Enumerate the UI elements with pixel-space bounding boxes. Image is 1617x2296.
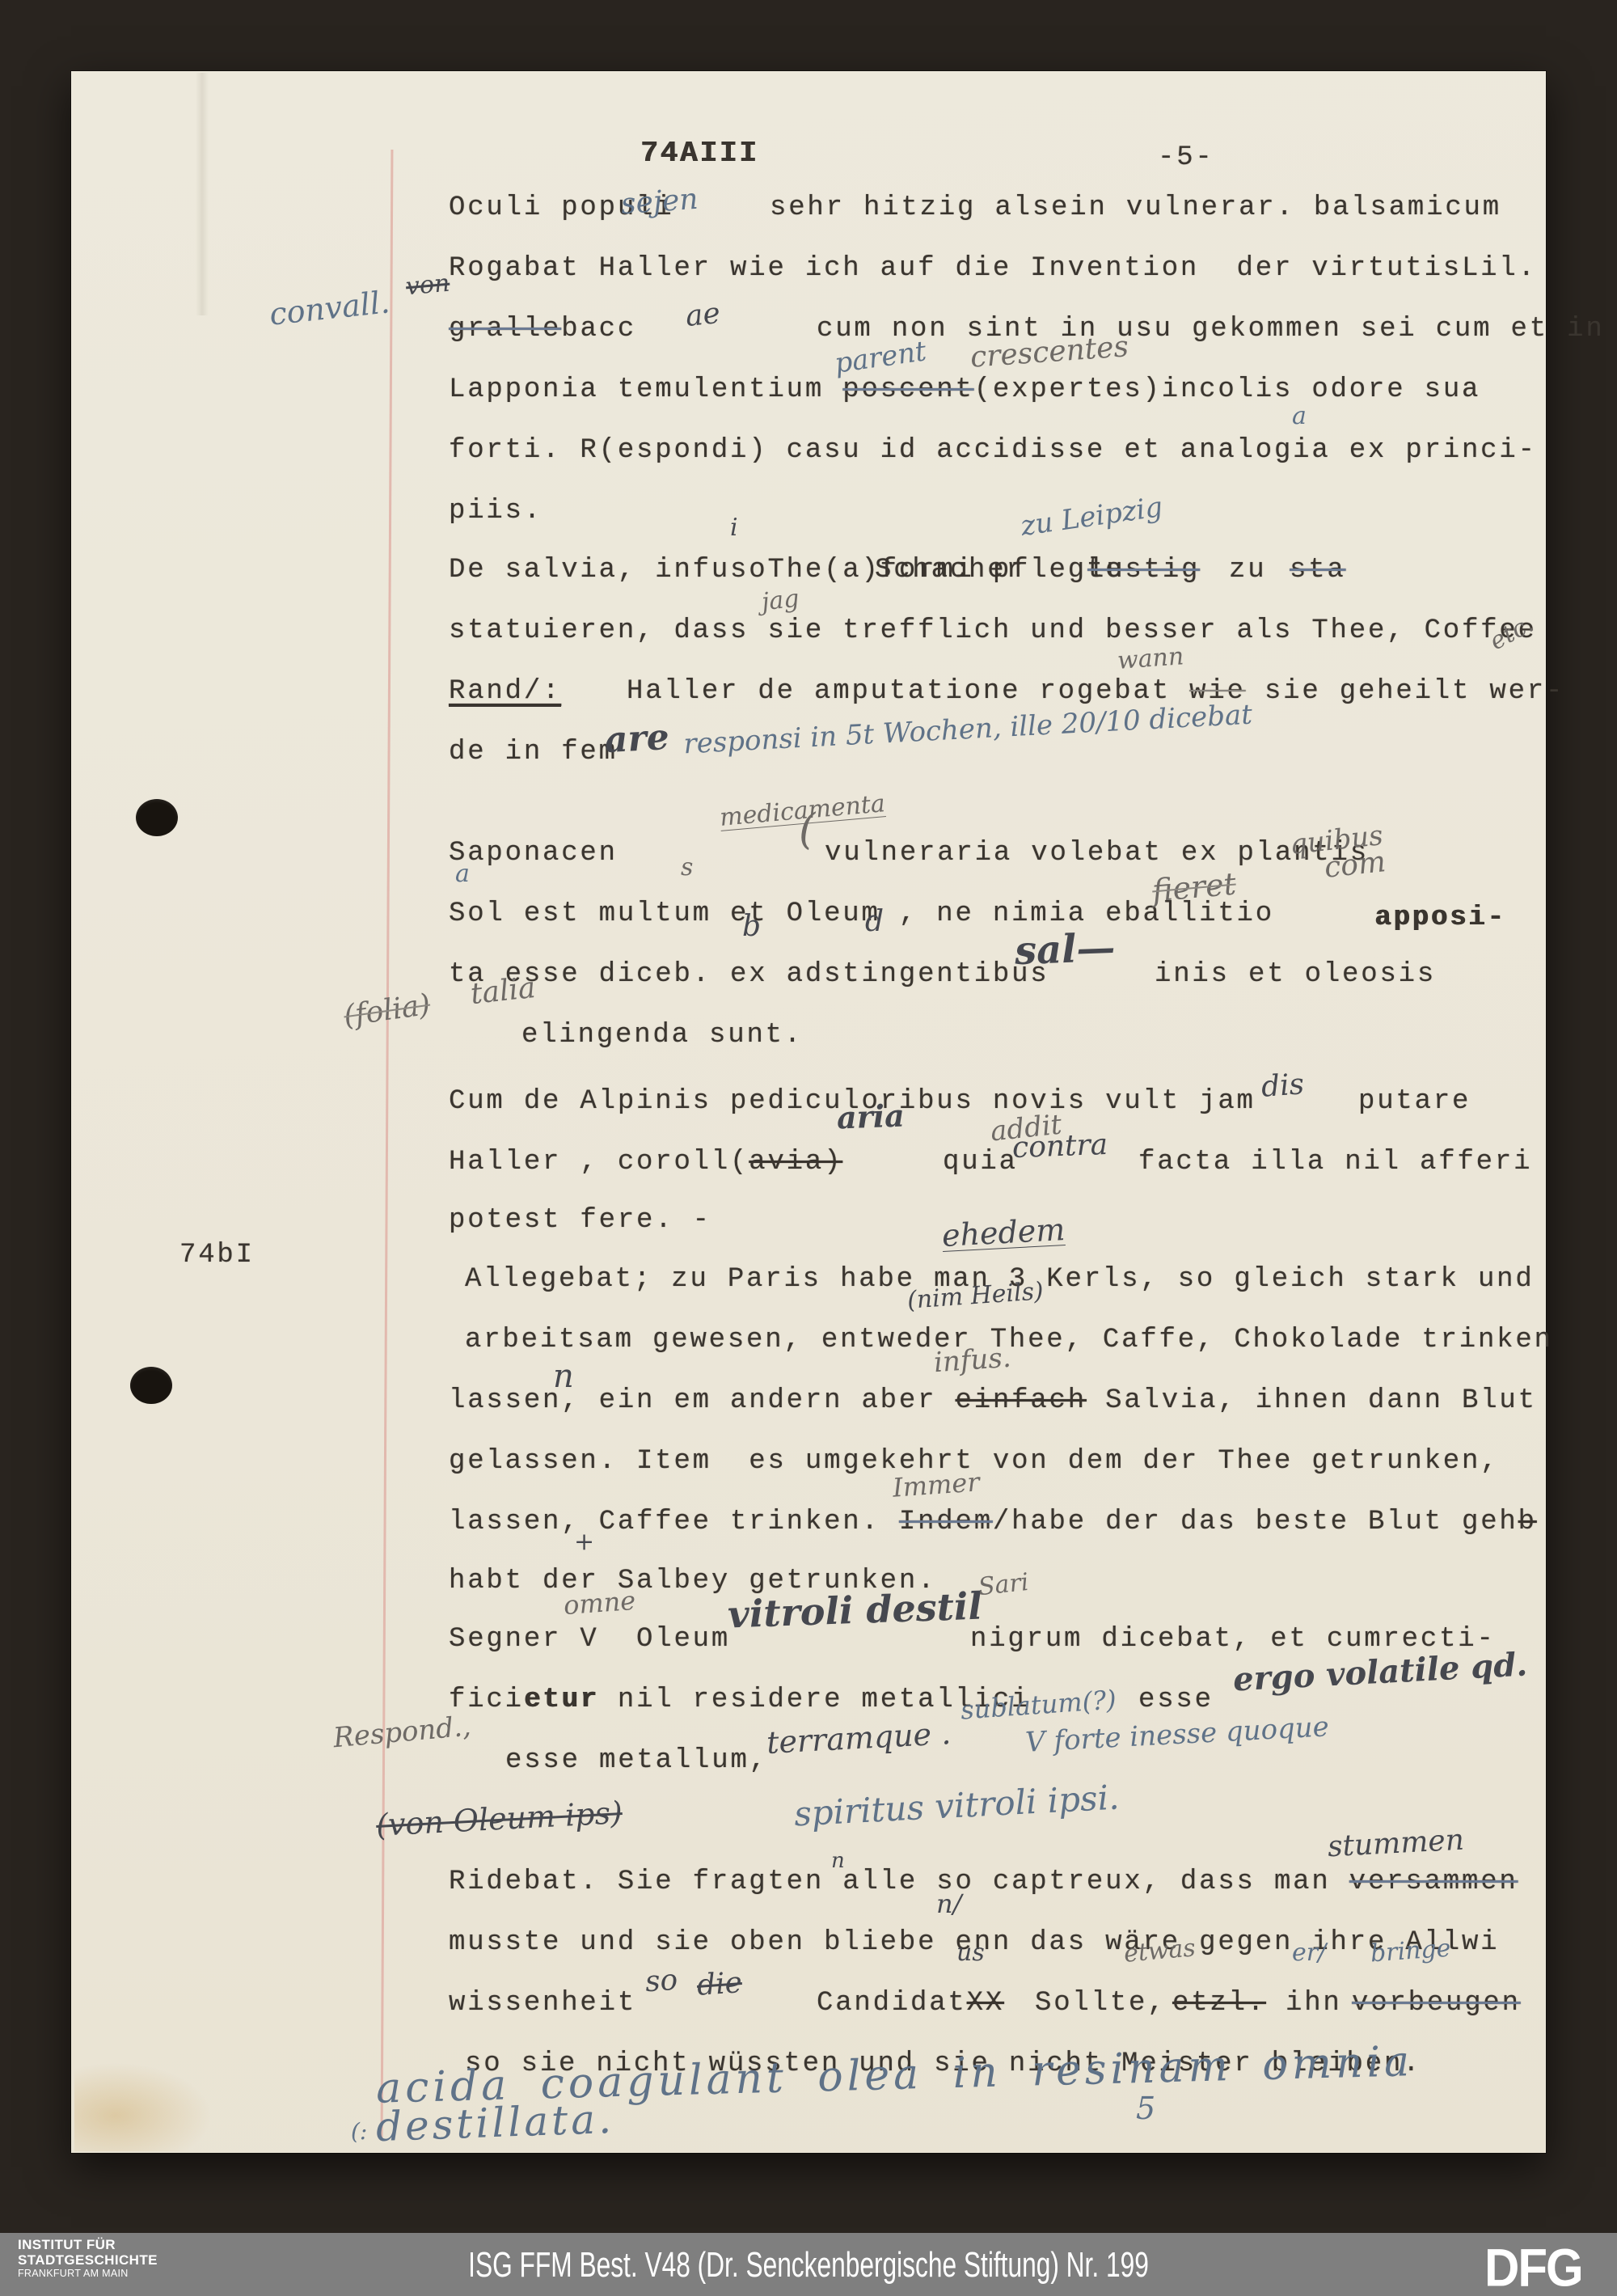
- typed-line: sehr hitzig alsein vulnerar. balsamicum: [770, 194, 1501, 222]
- handwritten-annotation: etwas: [1123, 1936, 1197, 1967]
- dfg-logo: DFG: [1484, 2237, 1582, 2296]
- typed-text: Lapponia temulentium: [449, 374, 842, 405]
- typed-line: elingenda sunt.: [521, 1021, 803, 1049]
- handwritten-correction: sal—: [1014, 928, 1116, 970]
- struck-text: lustig: [1087, 556, 1200, 584]
- typed-line: apposi-: [1374, 904, 1505, 932]
- struck-text: poscent: [842, 374, 973, 405]
- paper-crease: [196, 73, 209, 315]
- handwritten-annotation: Sari: [977, 1571, 1030, 1600]
- typed-line: putare: [1358, 1088, 1471, 1115]
- struck-text: sta: [1290, 556, 1346, 584]
- handwritten-bottom-note: destillata.: [375, 2099, 615, 2147]
- handwritten-insert-mark: n/: [936, 1891, 961, 1917]
- handwritten-correction: i: [730, 516, 738, 540]
- handwritten-correction: b: [742, 912, 761, 941]
- typed-line: lassen, ein em andern aber einfach Salvi…: [449, 1387, 1537, 1414]
- handwritten-correction: n: [553, 1360, 574, 1393]
- institute-line: STADTGESCHICHTE: [18, 2252, 158, 2268]
- typed-text: Haller de amputatione rogebat: [627, 676, 1189, 707]
- overtyped-text: etur: [524, 1685, 599, 1715]
- typed-text: lassen, ein em andern aber: [449, 1385, 956, 1416]
- handwritten-annotation: so: [644, 1966, 679, 1998]
- handwritten-annotation: sejen: [620, 185, 699, 220]
- handwritten-annotation: talia: [469, 974, 537, 1009]
- handwritten-correction: wann: [1117, 645, 1184, 674]
- typed-line: wissenheit: [449, 1989, 636, 2017]
- handwritten-annotation: contra: [1011, 1131, 1108, 1163]
- typed-line: facta illa nil afferi: [1138, 1148, 1532, 1176]
- handwritten-correction: aria: [836, 1101, 905, 1134]
- institute-line: FRANKFURT AM MAIN: [18, 2268, 158, 2279]
- typed-line: Rogabat Haller wie ich auf die Invention…: [449, 255, 1537, 282]
- typed-line: Ridebat. Sie fragten alle so captreux, d…: [449, 1868, 1518, 1896]
- struck-text: versammen: [1349, 1867, 1518, 1897]
- typed-line: piis.: [449, 497, 543, 525]
- typed-line: esse metallum,: [505, 1747, 768, 1774]
- institute-line: INSTITUT FÜR: [18, 2237, 158, 2252]
- typed-text: bacc: [561, 314, 636, 345]
- handwritten-struck-note: von: [405, 272, 451, 300]
- typed-line: Saponacen: [449, 839, 618, 867]
- typed-text: (expertes): [974, 374, 1162, 405]
- punch-hole: [130, 1367, 172, 1404]
- doc-number: 74AIII: [640, 139, 758, 168]
- handwritten-correction: Immer: [892, 1469, 981, 1500]
- handwritten-correction: er/: [1292, 1941, 1326, 1965]
- handwritten-correction: ae: [684, 299, 721, 332]
- typed-line: esse: [1138, 1686, 1214, 1714]
- struck-text: einfach: [956, 1385, 1087, 1416]
- handwritten-mark: 5: [1136, 2093, 1155, 2124]
- typed-line: ficietur nil residere metallici: [449, 1686, 1030, 1714]
- typed-line: zu: [1229, 556, 1266, 584]
- typed-line: cum non sint in usu gekommen sei cum et …: [817, 315, 1605, 343]
- typed-line: CandidatXX: [817, 1989, 1004, 2017]
- handwritten-annotation: omne: [563, 1588, 636, 1618]
- struck-text: gralle: [449, 314, 561, 345]
- typed-line: grallebacc: [449, 315, 636, 343]
- handwritten-mark: (:: [351, 2121, 367, 2143]
- handwritten-annotation: ehedem: [941, 1214, 1066, 1252]
- handwritten-correction: a: [455, 862, 470, 886]
- typed-line: potest fere. -: [449, 1207, 711, 1234]
- handwritten-correction: a: [1292, 404, 1307, 429]
- typed-line: forti. R(espondi) casu id accidisse et a…: [449, 437, 1537, 464]
- typed-line: quia: [943, 1148, 1018, 1176]
- handwritten-annotation: com: [1323, 848, 1387, 883]
- handwritten-correction: stummen: [1327, 1826, 1465, 1863]
- typed-line: Sol est multum et Oleum , ne nimia eball…: [449, 900, 1274, 928]
- typed-text: sie geheilt wer-: [1246, 676, 1564, 707]
- handwritten-correction: d: [865, 907, 884, 937]
- typed-text: /habe der das beste Blut geh: [993, 1507, 1518, 1537]
- typed-line: lassen, Caffee trinken. Indem/habe der d…: [449, 1508, 1537, 1536]
- typed-line: ihn: [1286, 1989, 1342, 2017]
- handwritten-insert-mark: +: [574, 1530, 594, 1554]
- handwritten-annotation: vitroli destil: [727, 1588, 982, 1634]
- typed-text: Salvia, ihnen dann Blut: [1087, 1385, 1537, 1416]
- typed-line: vulneraria volebat ex plantis: [825, 839, 1369, 867]
- page-number: -5-: [1158, 144, 1214, 171]
- struck-text: avia): [749, 1147, 842, 1178]
- handwritten-annotation: terramque .: [766, 1718, 952, 1758]
- typed-line: Sollte,: [1035, 1989, 1166, 2017]
- handwritten-correction: infus.: [933, 1344, 1012, 1377]
- handwritten-struck-note: die: [696, 1968, 743, 2001]
- struck-text: XX: [967, 1988, 1004, 2019]
- typed-line: Haller , coroll(avia): [449, 1148, 842, 1176]
- typed-line: Haller de amputatione rogebat wie sie ge…: [627, 678, 1564, 705]
- handwritten-annotation: dis: [1260, 1070, 1305, 1102]
- typed-text: Candidat: [817, 1988, 967, 2019]
- handwritten-correction: us: [956, 1941, 985, 1965]
- typed-line: statuieren, dass sie trefflich und besse…: [449, 617, 1537, 645]
- handwritten-annotation: jag: [761, 587, 800, 615]
- handwritten-annotation: bringe: [1370, 1937, 1451, 1967]
- typed-text: Haller , coroll(: [449, 1147, 749, 1178]
- struck-text: b: [1518, 1507, 1537, 1537]
- typed-text: lassen, Caffee trinken.: [449, 1507, 899, 1537]
- handwritten-paren: (: [799, 809, 815, 851]
- margin-ref-number: 74bI: [179, 1241, 255, 1269]
- typed-line: inis et oleosis: [1155, 961, 1436, 988]
- typed-line: nigrum dicebat, et cumrecti-: [970, 1626, 1496, 1653]
- typed-text: Ridebat. Sie fragten alle so captreux, d…: [449, 1867, 1349, 1897]
- handwritten-correction: s: [681, 856, 693, 880]
- handwritten-insert-mark: n: [831, 1850, 845, 1871]
- institute-logo-text: INSTITUT FÜR STADTGESCHICHTE FRANKFURT A…: [18, 2237, 158, 2279]
- typed-label-rand: Rand/:: [449, 678, 561, 707]
- typed-line: Lapponia temulentium poscent(expertes)in…: [449, 376, 1480, 404]
- struck-text: Indem: [899, 1507, 993, 1537]
- typed-line: Segner V Oleum: [449, 1626, 730, 1653]
- archive-caption: ISG FFM Best. V48 (Dr. Senckenbergische …: [468, 2245, 1149, 2285]
- typed-line: ta esse diceb. ex adstingentibus: [449, 961, 1049, 988]
- punch-hole: [136, 799, 178, 836]
- paper-stain: [74, 2062, 212, 2151]
- typed-line: Schacher: [875, 556, 1025, 584]
- typed-text: incolis odore sua: [1162, 374, 1480, 405]
- struck-text: etzl.: [1172, 1989, 1266, 2017]
- handwritten-struck-note: fieret: [1151, 869, 1238, 907]
- struck-text: vorbeugen: [1352, 1989, 1521, 2017]
- handwritten-correction: are: [604, 720, 670, 759]
- typed-line: de in fem: [449, 738, 618, 766]
- document-scan: 74AIII -5- 74bI Oculi populi sehr hitzig…: [0, 0, 1617, 2296]
